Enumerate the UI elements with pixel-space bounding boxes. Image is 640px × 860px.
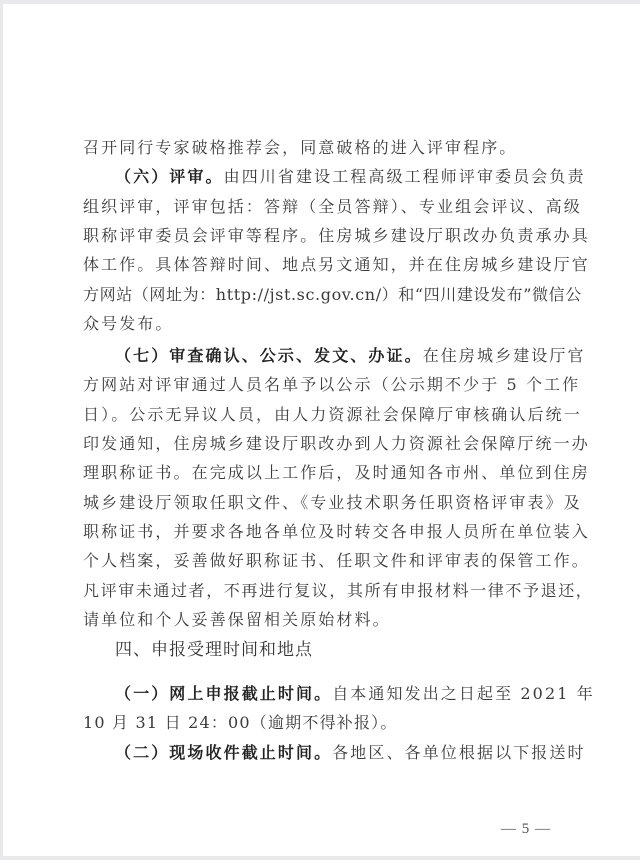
line-text: 凡评审未通过者，不再进行复议，其所有申报材料一律不予退还， [83,581,593,600]
line-text: 职称证书，并要求各地各单位及时转交各申报人员所在单位装入 [83,522,590,541]
line-text: 自本通知发出之日起至 2021 年 [332,684,595,703]
line-text: 10 月 31 日 24：00（逾期不得补报）。 [83,713,398,732]
text-line: 凡评审未通过者，不再进行复议，其所有申报材料一律不予退还， [83,576,563,606]
text-line: （二）现场收件截止时间。各地区、各单位根据以下报送时 [115,738,563,768]
text-line: 印发通知，住房城乡建设厅职改办到人力资源社会保障厅统一办 [83,429,563,459]
line-text: 日）。公示无异议人员，由人力资源社会保障厅审核确认后统一 [83,405,582,424]
text-line: 方网站（网址为：http://jst.sc.gov.cn/）和“四川建设发布”微… [83,280,563,310]
text-line: 方网站对评审通过人员名单予以公示（公示期不少于 5 个工作 [83,370,563,400]
subsection-2-heading: （二）现场收件截止时间。 [115,743,332,762]
item-7-heading: （七）审查确认、公示、发文、办证。 [115,346,423,365]
line-text: 组织评审，评审包括：答辩（全员答辩）、专业组会评议、高级 [83,197,582,216]
text-line: （一）网上申报截止时间。自本通知发出之日起至 2021 年 [115,679,563,709]
section-heading: 四、申报受理时间和地点 [115,635,313,665]
line-text: 个人档案，妥善做好职称证书、任职文件和评审表的保管工作。 [83,551,590,570]
text-line: 众号发布。 [83,309,563,339]
line-text: 城乡建设厅领取任职文件、《专业技术职务任职资格评审表》及 [83,493,582,512]
text-line: 城乡建设厅领取任职文件、《专业技术职务任职资格评审表》及 [83,488,563,518]
line-text: 理职称证书。在完成以上工作后，及时通知各市州、单位到住房 [83,463,590,482]
document-page: 召开同行专家破格推荐会，同意破格的进入评审程序。 （六）评审。由四川省建设工程高… [3,4,640,856]
text-line: 组织评审，评审包括：答辩（全员答辩）、专业组会评议、高级 [83,192,563,222]
line-text-with-url: 方网站（网址为：http://jst.sc.gov.cn/）和“四川建设发布”微… [83,285,582,304]
line-text: 职称评审委员会评审等程序。住房城乡建设厅职改办负责承办具 [83,226,590,245]
line-text: 体工作。具体答辩时间、地点另文通知，并在住房城乡建设厅官 [83,255,590,274]
line-text: 请单位和个人妥善保留相关原始材料。 [83,610,391,629]
text-line: 职称评审委员会评审等程序。住房城乡建设厅职改办负责承办具 [83,221,563,251]
text-line: 日）。公示无异议人员，由人力资源社会保障厅审核确认后统一 [83,400,563,430]
text-line: 体工作。具体答辩时间、地点另文通知，并在住房城乡建设厅官 [83,250,563,280]
page-number: — 5 — [501,821,551,838]
text-line: 召开同行专家破格推荐会，同意破格的进入评审程序。 [83,133,563,163]
item-6-heading: （六）评审。 [115,167,224,186]
text-line: 10 月 31 日 24：00（逾期不得补报）。 [83,708,563,738]
line-text: 召开同行专家破格推荐会，同意破格的进入评审程序。 [83,138,517,157]
line-text: 方网站对评审通过人员名单予以公示（公示期不少于 5 个工作 [83,375,580,394]
text-line: （六）评审。由四川省建设工程高级工程师评审委员会负责 [115,162,563,192]
line-text: 众号发布。 [83,314,174,333]
text-line: 理职称证书。在完成以上工作后，及时通知各市州、单位到住房 [83,458,563,488]
text-line: 职称证书，并要求各地各单位及时转交各申报人员所在单位装入 [83,517,563,547]
line-text: 印发通知，住房城乡建设厅职改办到人力资源社会保障厅统一办 [83,434,590,453]
text-line: 个人档案，妥善做好职称证书、任职文件和评审表的保管工作。 [83,546,563,576]
line-text: 各地区、各单位根据以下报送时 [332,743,585,762]
text-line: （七）审查确认、公示、发文、办证。在住房城乡建设厅官 [115,341,563,371]
text-line: 请单位和个人妥善保留相关原始材料。 [83,605,563,635]
line-text: 在住房城乡建设厅官 [423,346,586,365]
line-text: 由四川省建设工程高级工程师评审委员会负责 [224,167,586,186]
subsection-1-heading: （一）网上申报截止时间。 [115,684,332,703]
